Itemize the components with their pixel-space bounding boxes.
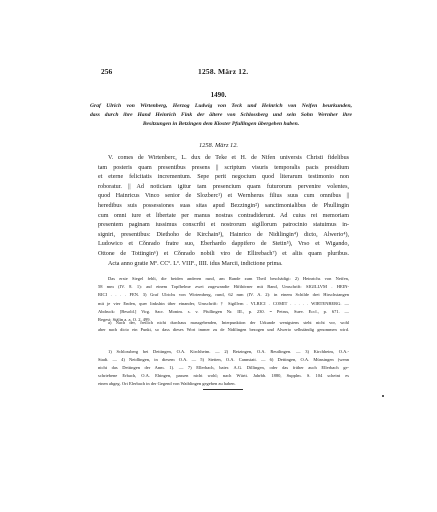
seal-line: mit je vier Enden, quer linkshin über ei… <box>98 300 349 308</box>
charter-line: et eterne felicitatis incrementum. Sepe … <box>98 173 349 183</box>
seal-line: 58 mm (IV. 8. 1): auf einem Topfhelme zw… <box>98 283 349 291</box>
charter-line: tam posteris quam presentibus presens ||… <box>98 164 349 174</box>
text-note-line: aber nach dicto ein Punkt, so dass diese… <box>98 327 349 334</box>
footnote-line: nicht das Dettingen der Anm. 1). — 7) El… <box>98 364 349 372</box>
charter-text: V. comes de Wirtenberc, L. dux de Teke e… <box>98 154 349 269</box>
charter-line: signiri, presentibus: Diethoho de Kircha… <box>98 231 349 241</box>
text-note-line: a) Nach der, freilich nicht durchaus mas… <box>98 320 349 327</box>
footnotes: 1) Schlossberg bei Dettingen, O.A. Kirch… <box>98 348 349 388</box>
seal-line: RICI . . . . FEN. 3) Graf Ulrichs von Wi… <box>98 291 349 299</box>
charter-line: heredibus suis possessiones suas sitas a… <box>98 202 349 212</box>
charter-line: V. comes de Wirtenberc, L. dux de Teke e… <box>98 154 349 164</box>
regest-summary: Graf Ulrich von Wirtenberg, Herzog Ludwi… <box>90 102 352 130</box>
section-divider <box>203 389 243 390</box>
page-header: 256 1258. März 12. <box>0 67 437 79</box>
scan-speck <box>382 395 384 397</box>
regest-line: Besitzungen in Betzingen dem Kloster Pfu… <box>90 120 352 129</box>
charter-line: roboratur. || Ad noticiam igitur tam pre… <box>98 183 349 193</box>
charter-line: Ottone de Tottingin⁶) et Cŏnrado nobili … <box>98 250 349 260</box>
charter-line: Ludowico et Cŏnrado fratre suo, Eberhard… <box>98 240 349 250</box>
regest-line: Graf Ulrich von Wirtenberg, Herzog Ludwi… <box>90 102 352 111</box>
seal-line: Abdruck: [Besold.] Virg. Sacr. Monim. s.… <box>98 308 349 316</box>
footnote-line: einen abgeg. Ort Elerbach in der Gegend … <box>98 380 349 388</box>
regest-line: dass durch ihre Hand Heinrich Fink der ä… <box>90 111 352 120</box>
seal-description: Das erste Siegel fehlt, die beiden ander… <box>98 275 349 324</box>
footnote-line: Stadt. — 4) Neidlingen, in diesem O.A. —… <box>98 356 349 364</box>
seal-line: Das erste Siegel fehlt, die beiden ander… <box>98 275 349 283</box>
running-head: 1258. März 12. <box>198 67 248 76</box>
charter-line: quod Hainricus Vinco senior de Slozberc¹… <box>98 192 349 202</box>
footnote-line: 1) Schlossberg bei Dettingen, O.A. Kirch… <box>98 348 349 356</box>
charter-line: cum omni iure et libertate per manus nos… <box>98 212 349 222</box>
document-number: 1490. <box>0 91 437 99</box>
text-critical-note: a) Nach der, freilich nicht durchaus mas… <box>98 320 349 333</box>
document-date: 1258. März 12. <box>0 142 437 149</box>
footnote-line: schriebene Erbach, O.A. Ehingen, passen … <box>98 372 349 380</box>
charter-line: presentem paginam iussimus conscribi et … <box>98 221 349 231</box>
page-number: 256 <box>101 67 112 76</box>
book-page: 256 1258. März 12. 1490. Graf Ulrich von… <box>0 0 437 512</box>
charter-line: Acta anno gratie Mº. CCº. Lº. VIIIº., II… <box>98 260 349 270</box>
